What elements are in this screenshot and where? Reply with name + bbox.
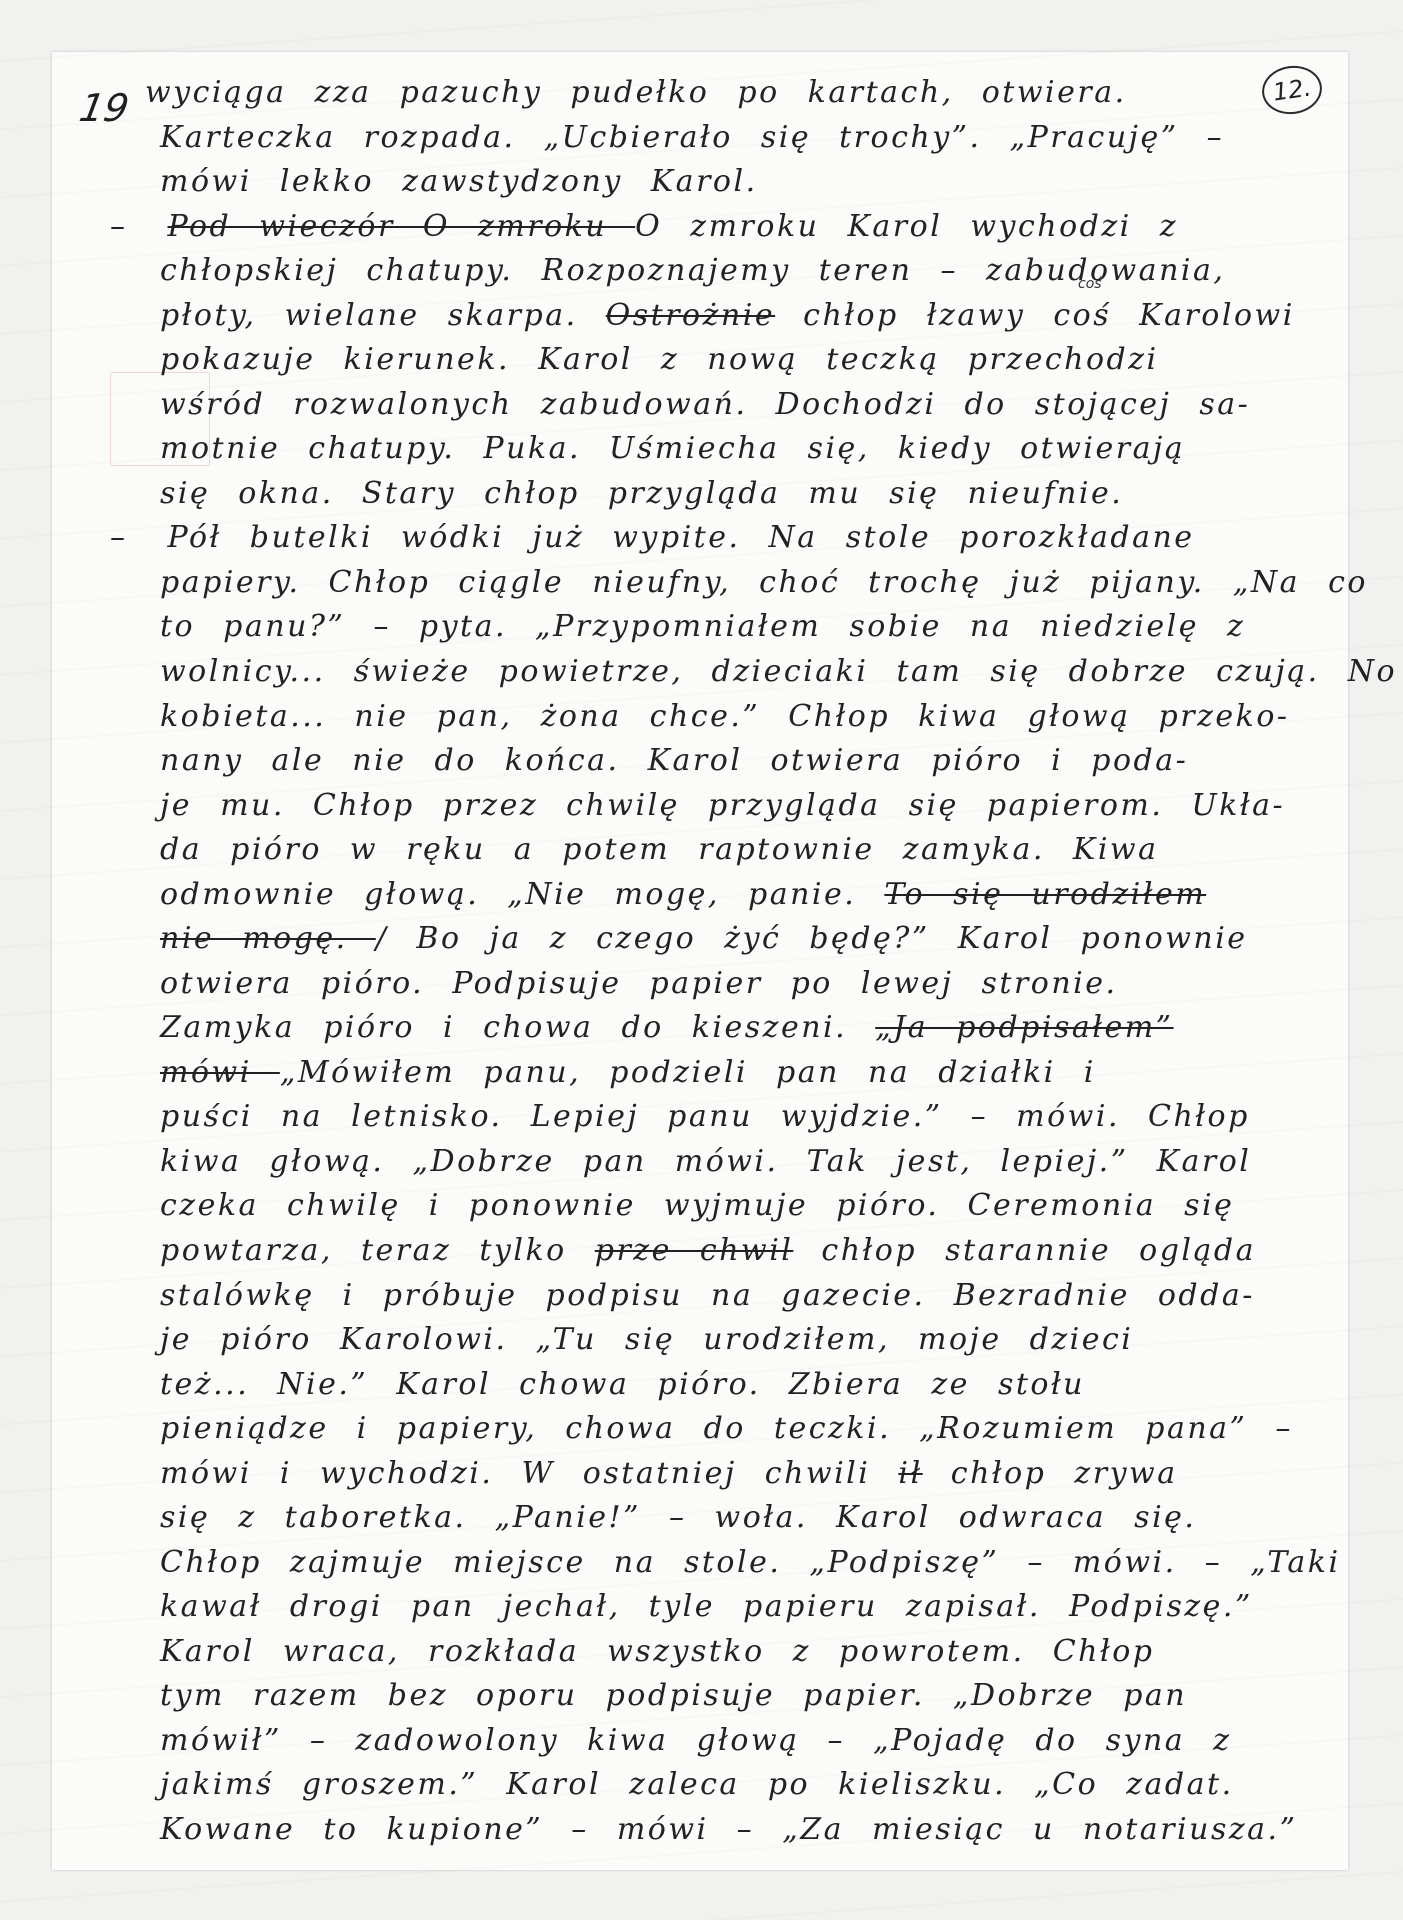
manuscript-line: Karol wraca, rozkłada wszystko z powrote… [160, 1634, 1154, 1669]
line-text: „Mówiłem panu, podzieli pan na działki i [280, 1055, 1096, 1090]
line-text: Zamyka pióro i chowa do kieszeni. [160, 1010, 875, 1045]
line-text: powtarza, teraz tylko [160, 1233, 595, 1268]
leaf-number: 19 [76, 86, 132, 130]
manuscript-line: nie mogę. / Bo ja z czego żyć będę?” Kar… [160, 921, 1248, 956]
manuscript-line: nany ale nie do końca. Karol otwiera pió… [160, 743, 1188, 778]
line-text: też... Nie.” Karol chowa pióro. Zbiera z… [160, 1367, 1085, 1402]
manuscript-line: otwiera pióro. Podpisuje papier po lewej… [160, 966, 1118, 1001]
manuscript-line: Chłop zajmuje miejsce na stole. „Podpisz… [160, 1545, 1341, 1580]
line-text: Pół butelki wódki już wypite. Na stole p… [168, 520, 1195, 555]
manuscript-line: Zamyka pióro i chowa do kieszeni. „Ja po… [160, 1010, 1174, 1045]
manuscript-line: puści na letnisko. Lepiej panu wyjdzie.”… [160, 1099, 1250, 1134]
manuscript-line: da pióro w ręku a potem raptownie zamyka… [160, 832, 1158, 867]
line-text: tym razem bez oporu podpisuje papier. „D… [160, 1678, 1187, 1713]
manuscript-line: wśród rozwalonych zabudowań. Dochodzi do… [160, 387, 1250, 422]
manuscript-line: kawał drogi pan jechał, tyle papieru zap… [160, 1589, 1253, 1624]
struck-text: nie mogę. [160, 921, 376, 956]
line-text: mówi lekko zawstydzony Karol. [160, 164, 758, 199]
line-text: je mu. Chłop przez chwilę przygląda się … [160, 788, 1285, 823]
line-text: chłop zrywa [923, 1456, 1178, 1491]
manuscript-line: –Pół butelki wódki już wypite. Na stole … [110, 520, 1195, 555]
line-text: jakimś groszem.” Karol zaleca po kielisz… [160, 1767, 1234, 1802]
struck-text: mówi [160, 1055, 280, 1090]
manuscript-line: się okna. Stary chłop przygląda mu się n… [160, 476, 1123, 511]
line-text: papiery. Chłop ciągle nieufny, choć troc… [160, 565, 1368, 600]
line-text: kiwa głową. „Dobrze pan mówi. Tak jest, … [160, 1144, 1251, 1179]
manuscript-line: mówi i wychodzi. W ostatniej chwili ił c… [160, 1456, 1178, 1491]
line-text: się okna. Stary chłop przygląda mu się n… [160, 476, 1123, 511]
line-text: się z taboretka. „Panie!” – woła. Karol … [160, 1500, 1196, 1535]
struck-text: ił [898, 1456, 922, 1491]
manuscript-line: kobieta... nie pan, żona chce.” Chłop ki… [160, 699, 1290, 734]
manuscript-line: je mu. Chłop przez chwilę przygląda się … [160, 788, 1285, 823]
manuscript-line: mówi lekko zawstydzony Karol. [160, 164, 758, 199]
struck-text: Ostrożnie [606, 298, 775, 333]
manuscript-line: też... Nie.” Karol chowa pióro. Zbiera z… [160, 1367, 1085, 1402]
line-text: Chłop zajmuje miejsce na stole. „Podpisz… [160, 1545, 1341, 1580]
manuscript-line: mówi „Mówiłem panu, podzieli pan na dzia… [160, 1055, 1096, 1090]
marginal-insert: coś [1078, 276, 1102, 292]
manuscript-line: papiery. Chłop ciągle nieufny, choć troc… [160, 565, 1368, 600]
manuscript-line: chłopskiej chatupy. Rozpoznajemy teren –… [160, 253, 1225, 288]
line-text: da pióro w ręku a potem raptownie zamyka… [160, 832, 1158, 867]
line-text: / Bo ja z czego żyć będę?” Karol ponowni… [376, 921, 1248, 956]
manuscript-line: wyciąga zza pazuchy pudełko po kartach, … [145, 75, 1127, 110]
line-text: odmownie głową. „Nie mogę, panie. [160, 877, 884, 912]
line-text: otwiera pióro. Podpisuje papier po lewej… [160, 966, 1118, 1001]
line-text: pokazuje kierunek. Karol z nową teczką p… [160, 342, 1159, 377]
line-text: mówił” – zadowolony kiwa głową – „Pojadę… [160, 1723, 1232, 1758]
line-text: kobieta... nie pan, żona chce.” Chłop ki… [160, 699, 1290, 734]
line-text: puści na letnisko. Lepiej panu wyjdzie.”… [160, 1099, 1250, 1134]
line-text: Karol wraca, rozkłada wszystko z powrote… [160, 1634, 1154, 1669]
manuscript-line: pieniądze i papiery, chowa do teczki. „R… [160, 1411, 1293, 1446]
line-text: motnie chatupy. Puka. Uśmiecha się, kied… [160, 431, 1185, 466]
manuscript-line: je pióro Karolowi. „Tu się urodziłem, mo… [160, 1322, 1133, 1357]
manuscript-line: –Pod wieczór O zmroku O zmroku Karol wyc… [110, 209, 1178, 244]
line-text: je pióro Karolowi. „Tu się urodziłem, mo… [160, 1322, 1133, 1357]
line-text: pieniądze i papiery, chowa do teczki. „R… [160, 1411, 1293, 1446]
manuscript-line: mówił” – zadowolony kiwa głową – „Pojadę… [160, 1723, 1232, 1758]
manuscript-line: to panu?” – pyta. „Przypomniałem sobie n… [160, 609, 1245, 644]
struck-text: To się urodziłem [884, 877, 1206, 912]
line-text: chłop łzawy coś Karolowi [775, 298, 1295, 333]
manuscript-line: tym razem bez oporu podpisuje papier. „D… [160, 1678, 1187, 1713]
line-text: wolnicy... świeże powietrze, dzieciaki t… [160, 654, 1403, 689]
manuscript-line: odmownie głową. „Nie mogę, panie. To się… [160, 877, 1206, 912]
struck-text: „Ja podpisałem” [875, 1010, 1173, 1045]
manuscript-line: wolnicy... świeże powietrze, dzieciaki t… [160, 654, 1403, 689]
line-text: wyciąga zza pazuchy pudełko po kartach, … [145, 75, 1127, 110]
line-text: O zmroku Karol wychodzi z [635, 209, 1178, 244]
manuscript-line: czeka chwilę i ponownie wyjmuje pióro. C… [160, 1188, 1234, 1223]
line-text: Karteczka rozpada. „Ucbierało się trochy… [160, 120, 1224, 155]
manuscript-line: kiwa głową. „Dobrze pan mówi. Tak jest, … [160, 1144, 1251, 1179]
line-text: Kowane to kupione” – mówi – „Za miesiąc … [160, 1812, 1297, 1847]
manuscript-line: się z taboretka. „Panie!” – woła. Karol … [160, 1500, 1196, 1535]
paragraph-dash: – [110, 520, 128, 555]
line-text: stalówkę i próbuje podpisu na gazecie. B… [160, 1278, 1255, 1313]
line-text: chłop starannie ogląda [793, 1233, 1256, 1268]
line-text: to panu?” – pyta. „Przypomniałem sobie n… [160, 609, 1245, 644]
page-number-text: 12. [1271, 73, 1313, 106]
manuscript-line: stalówkę i próbuje podpisu na gazecie. B… [160, 1278, 1255, 1313]
manuscript-line: motnie chatupy. Puka. Uśmiecha się, kied… [160, 431, 1185, 466]
line-text: wśród rozwalonych zabudowań. Dochodzi do… [160, 387, 1250, 422]
paragraph-dash: – [110, 209, 128, 244]
line-text: czeka chwilę i ponownie wyjmuje pióro. C… [160, 1188, 1234, 1223]
line-text: nany ale nie do końca. Karol otwiera pió… [160, 743, 1188, 778]
manuscript-line: pokazuje kierunek. Karol z nową teczką p… [160, 342, 1159, 377]
line-text: mówi i wychodzi. W ostatniej chwili [160, 1456, 898, 1491]
line-text: płoty, wielane skarpa. [160, 298, 606, 333]
manuscript-line: Karteczka rozpada. „Ucbierało się trochy… [160, 120, 1224, 155]
struck-text: prze chwil [595, 1233, 794, 1268]
struck-text: Pod wieczór O zmroku [168, 209, 636, 244]
manuscript-line: płoty, wielane skarpa. Ostrożnie chłop ł… [160, 298, 1295, 333]
manuscript-line: jakimś groszem.” Karol zaleca po kielisz… [160, 1767, 1234, 1802]
line-text: kawał drogi pan jechał, tyle papieru zap… [160, 1589, 1253, 1624]
manuscript-line: Kowane to kupione” – mówi – „Za miesiąc … [160, 1812, 1297, 1847]
manuscript-line: powtarza, teraz tylko prze chwil chłop s… [160, 1233, 1256, 1268]
line-text: chłopskiej chatupy. Rozpoznajemy teren –… [160, 253, 1225, 288]
